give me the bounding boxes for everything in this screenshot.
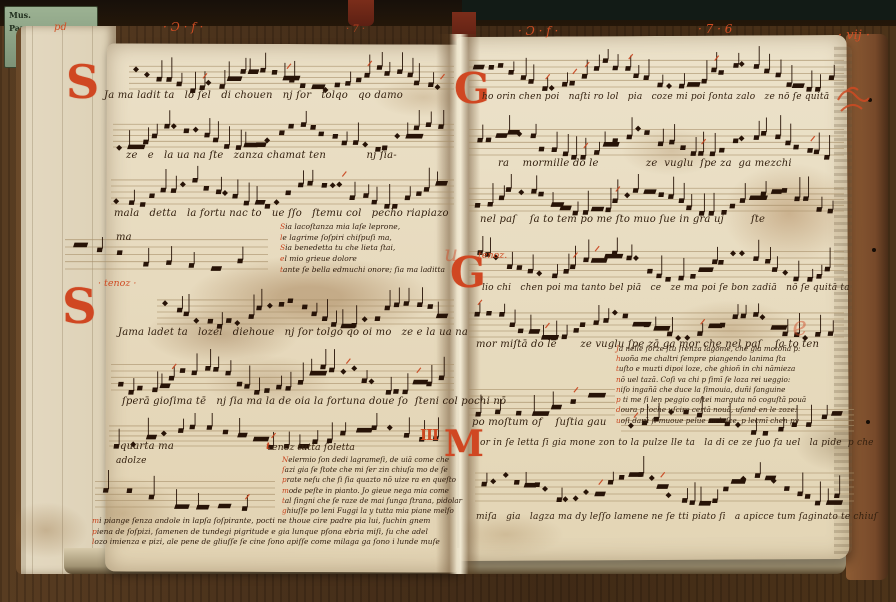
lyric-word: adolze xyxy=(116,456,147,466)
music-staff xyxy=(468,236,845,282)
music-staff xyxy=(468,44,845,92)
music-staff xyxy=(112,110,455,152)
music-staff xyxy=(468,298,845,342)
illuminated-initial: M xyxy=(444,430,484,459)
poem-line: ghiuſſe po leni Fuggi la y tutta mia pia… xyxy=(282,506,460,516)
music-staff xyxy=(128,52,455,94)
lyric-word: quarta ma xyxy=(120,441,174,452)
lyric-line: lio chi chen poi ma tanto bel piā ce ze … xyxy=(482,283,850,293)
refrain-line: Sia benedetta tu che lieta ſtai, xyxy=(280,243,458,254)
poem-text-block: Nelermio ſon dedi lagrameſi, de uiā come… xyxy=(282,455,460,516)
refrain-line: el mio grieue dolore xyxy=(280,254,458,265)
rubric-initial: t xyxy=(266,441,270,452)
quire-mark: · 7 · xyxy=(346,24,365,35)
poem-line: Nelermio ſon dedi lagrameſi, de uiā come… xyxy=(282,455,460,465)
lyric-line: mala detta la fortu nac to ue ſſo ſtemu … xyxy=(114,208,449,219)
music-staff xyxy=(468,174,845,216)
pen-flourish xyxy=(832,80,874,126)
poem-line: tal ſingni che ſe raze de mai ſunga ſtra… xyxy=(282,496,460,506)
refrain-line: le lagrime ſoſpiri chiſpuſi ma, xyxy=(280,233,458,244)
lyric-word: ma xyxy=(116,232,132,243)
music-staff xyxy=(94,466,276,512)
poem-line: prate neſu che ſi ſia quazto nō uize ra … xyxy=(282,475,460,485)
manuscript-photo: Mus. Panc. pd · Ɔ · f · · 7 · S Ja ma la… xyxy=(0,0,896,602)
refrain-line: tante ſe bella edmuchi onore; ſia ma lad… xyxy=(280,265,458,276)
section-rubric: enoz tutta ſoletta xyxy=(272,442,355,453)
refrain-text-block: Sia lacoſtanza mia laſe leprone, le lagr… xyxy=(280,222,458,275)
margin-mark: pd xyxy=(54,22,67,33)
music-staff xyxy=(110,349,455,395)
poem-line: nō uel tazā. Coſi va chi p ſimī ſe loza … xyxy=(616,375,878,385)
wormhole xyxy=(872,248,876,252)
background-dark-area xyxy=(462,0,896,20)
music-staff xyxy=(474,456,855,506)
poem-line: mode peſte in pianto. Jo gieue nega mia … xyxy=(282,486,460,496)
poem-line: doura p loche uſcire certā nouā, uſand e… xyxy=(616,405,878,415)
lyric-line: Ja ma ladit ta lo ſel di chouen nj ſor t… xyxy=(104,90,403,101)
lyric-line: ſperā gioſima tē nj ſia ma la de oia la … xyxy=(122,396,506,407)
music-staff xyxy=(468,114,845,160)
voice-rubric-tenor: · tenoz · xyxy=(98,278,136,289)
lyric-line: ze e la ua na ſte zanza chamat ten nj ſi… xyxy=(126,150,397,161)
shelf-label-line1: Mus. xyxy=(9,9,93,22)
lyric-line: miſa gia lagza ma dy leſſo lamene ne ſe … xyxy=(476,512,877,522)
poem-line: uoſi darū ſi muoue pelue ua loſce, p lec… xyxy=(616,416,878,426)
lyric-line: ho orin chen poi naſti ro lol pia coze m… xyxy=(482,92,829,102)
poem-line: tuſto e muzti dipoi loze, che ghioñ in c… xyxy=(616,364,878,374)
foot-line: piena de ſoſpizi, ſamenen de tundegi pig… xyxy=(92,527,462,538)
leather-spine-fragment xyxy=(348,0,374,26)
refrain-line: Sia lacoſtanza mia laſe leprone, xyxy=(280,222,458,233)
lyric-line: or in ſe letta ſi gia mone zon to la pul… xyxy=(480,438,874,448)
music-staff xyxy=(64,222,269,274)
poem-line: huoña me chaltri ſempre piangendo lanima… xyxy=(616,354,878,364)
quire-mark: · Ɔ · f · xyxy=(163,20,203,34)
music-staff xyxy=(156,285,455,329)
poem-line: p ti me ſi len peggio coſtei marguta nō … xyxy=(616,395,878,405)
quire-mark: · 7 · 6 xyxy=(698,22,732,36)
quire-mark: · Ɔ · f · xyxy=(518,24,558,38)
music-staff xyxy=(110,165,455,209)
folio-number: · vij · xyxy=(838,28,870,43)
poem-line: Ja nelle forze ſtu ſrenza lagome, che gi… xyxy=(616,344,878,354)
foot-text-block: mi piange ſenza andole in lapſa ſoſpiran… xyxy=(92,516,462,548)
lyric-line: Jama ladet ta lozel diehoue nj ſor tolgo… xyxy=(118,327,468,338)
illuminated-initial: G xyxy=(450,256,486,290)
lyric-line: po moſtum of ſuſtia gau xyxy=(472,417,607,428)
lyric-line: nel paſ ſa to tem po me ſto muo ſue in g… xyxy=(480,214,765,225)
poem-text-block: Ja nelle forze ſtu ſrenza lagome, che gi… xyxy=(616,344,878,426)
gutter-numeral: III xyxy=(420,426,438,444)
illuminated-initial: S xyxy=(62,288,97,326)
poem-line: niſo ingañā che duce la ſimouia, duñi ſa… xyxy=(616,385,878,395)
foot-line: mi piange ſenza andole in lapſa ſoſpiran… xyxy=(92,516,462,527)
foot-line: lozo imienza e pizi, ale pene de gliuſſe… xyxy=(92,537,462,548)
illuminated-initial: S xyxy=(66,64,99,101)
poem-line: ſazi gia ſe ſtote che mi ſer zin chiuſa … xyxy=(282,465,460,475)
lyric-line: ra mormille do le ze vuglu ſpe za ga mez… xyxy=(498,158,792,169)
